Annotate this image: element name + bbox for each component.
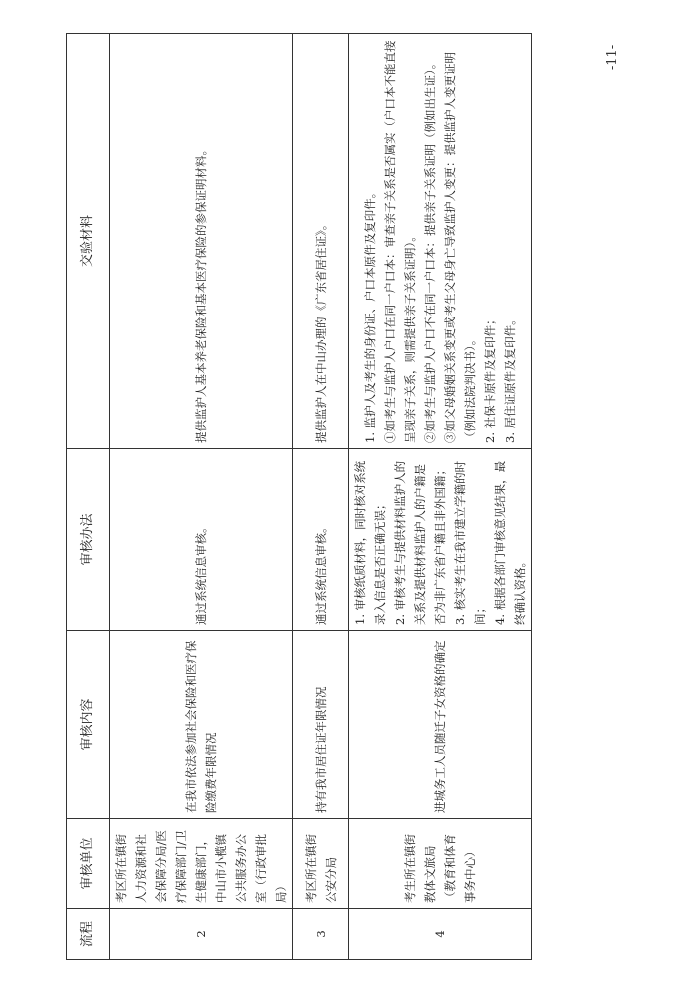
materials-line: ①如考生与监护人户口在同一户口本：审查亲子关系是否属实（户口本不能直接呈现亲子关… — [380, 39, 420, 443]
row-step: 3 — [293, 909, 349, 960]
method-line: 通过系统信息审核。 — [311, 454, 331, 625]
method-line: 4. 根据各部门审核意见结果，最终确认资格。 — [490, 454, 530, 625]
header-method: 审核办法 — [67, 449, 110, 631]
table-row: 2 考区所在镇街人力资源和社会保障分局/医疗保障部门/卫生健康部门，中山市小榄镇… — [110, 34, 293, 960]
row-unit: 考区所在镇街人力资源和社会保障分局/医疗保障部门/卫生健康部门，中山市小榄镇公共… — [110, 819, 293, 909]
materials-line: 1. 监护人及考生的身份证、户口本原件及复印件。 — [360, 39, 380, 443]
method-line: 3. 核实考生在我市建立学籍的时间； — [450, 454, 490, 625]
row-method: 1. 审核纸质材料，同时核对系统录入信息是否正确无误； 2. 审核考生与提供材料… — [349, 449, 532, 631]
row-step: 2 — [110, 909, 293, 960]
row-materials: 提供监护人基本养老保险和基本医疗保险的参保证明材料。 — [110, 34, 293, 449]
materials-line: ②如考生与监护人户口不在同一户口本：提供亲子关系证明（例如出生证）。 — [420, 39, 440, 443]
materials-line: ③如父母婚姻关系变更或考生父母身亡导致监护人变更：提供监护人变更证明（例如法院判… — [440, 39, 480, 443]
header-unit: 审核单位 — [67, 819, 110, 909]
row-method: 通过系统信息审核。 — [110, 449, 293, 631]
row-step: 4 — [349, 909, 532, 960]
method-line: 通过系统信息审核。 — [191, 454, 211, 625]
table-header-row: 流程 审核单位 审核内容 审核办法 交验材料 — [67, 34, 110, 960]
row-content: 持有我市居住证年限情况 — [293, 631, 349, 819]
row-unit: 考生所在镇街教体文旅局（教育和体育事务中心） — [349, 819, 532, 909]
row-unit: 考区所在镇街公安分局 — [293, 819, 349, 909]
method-line: 1. 审核纸质材料，同时核对系统录入信息是否正确无误； — [350, 454, 390, 625]
rotated-table-container: 流程 审核单位 审核内容 审核办法 交验材料 2 考区所在镇街人力资源和社会保障… — [66, 33, 521, 960]
materials-line: 提供监护人基本养老保险和基本医疗保险的参保证明材料。 — [191, 39, 211, 443]
page-number: -11- — [605, 45, 620, 70]
review-process-table: 流程 审核单位 审核内容 审核办法 交验材料 2 考区所在镇街人力资源和社会保障… — [66, 33, 532, 960]
row-materials: 提供监护人在中山办理的《广东省居住证》。 — [293, 34, 349, 449]
row-content: 进城务工人员随迁子女资格的确定 — [349, 631, 532, 819]
table-row: 4 考生所在镇街教体文旅局（教育和体育事务中心） 进城务工人员随迁子女资格的确定… — [349, 34, 532, 960]
materials-line: 3. 居住证原件及复印件。 — [500, 39, 520, 443]
header-materials: 交验材料 — [67, 34, 110, 449]
materials-line: 2. 社保卡原件及复印件； — [480, 39, 500, 443]
header-content: 审核内容 — [67, 631, 110, 819]
table-row: 3 考区所在镇街公安分局 持有我市居住证年限情况 通过系统信息审核。 提供监护人… — [293, 34, 349, 960]
materials-line: 提供监护人在中山办理的《广东省居住证》。 — [311, 39, 331, 443]
row-method: 通过系统信息审核。 — [293, 449, 349, 631]
header-step: 流程 — [67, 909, 110, 960]
row-content: 在我市依法参加社会保险和医疗保险缴费年限情况 — [110, 631, 293, 819]
row-materials: 1. 监护人及考生的身份证、户口本原件及复印件。 ①如考生与监护人户口在同一户口… — [349, 34, 532, 449]
method-line: 2. 审核考生与提供材料监护人的关系及提供材料监护人的户籍是否为非广东省户籍且非… — [390, 454, 450, 625]
